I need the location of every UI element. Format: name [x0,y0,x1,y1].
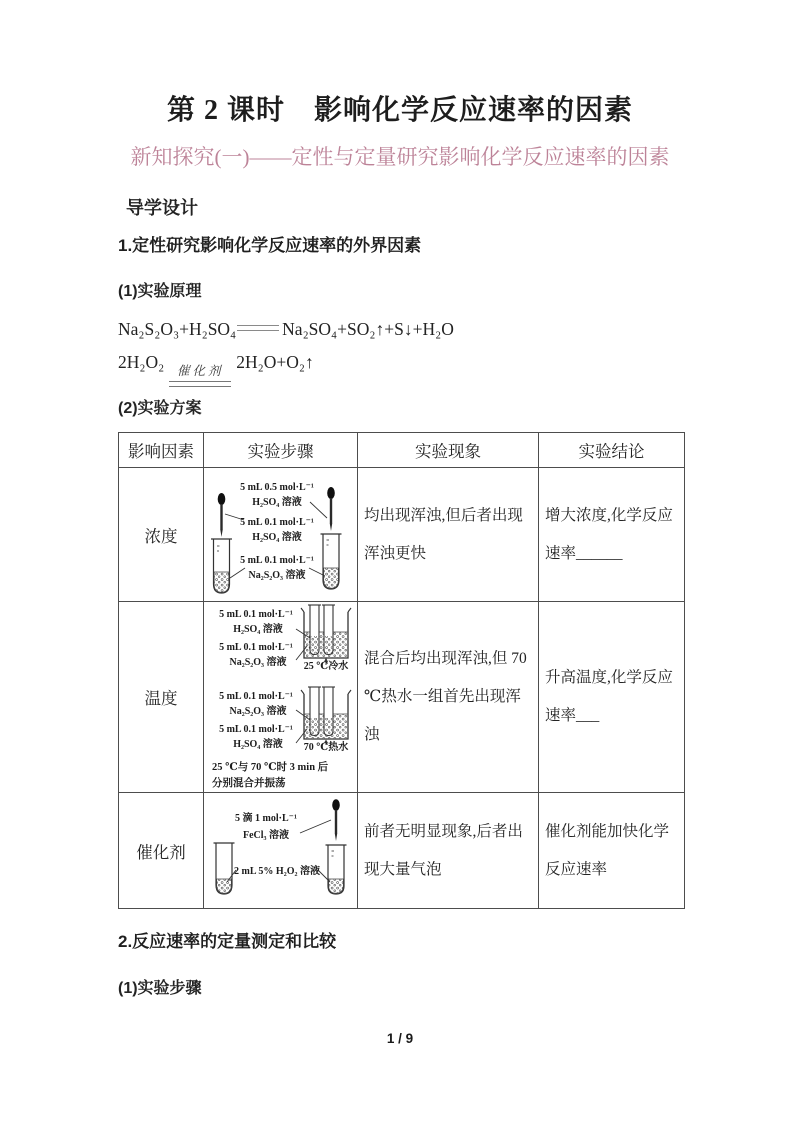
diagram-label: 5 mL 0.1 mol·L⁻¹ [219,691,293,702]
col-header-factor: 影响因素 [119,433,204,468]
diagram-label: H₂SO₄ 溶液 [233,622,283,635]
peroxide-equation: 2H₂O₂催化剂2H₂O+O₂↑ [118,352,314,387]
eq1-left: Na₂S₂O₃+H₂SO₄ [118,319,236,339]
col-header-conclusion: 实验结论 [539,433,685,468]
eq2-right: 2H₂O+O₂↑ [236,352,314,372]
experiment-plan-label: (2)实验方案 [118,395,202,418]
beaker-icon [301,687,351,745]
eq1-right: Na₂SO₄+SO₂↑+S↓+H₂O [282,319,454,339]
section-1-heading: 1.定性研究影响化学反应速率的外界因素 [118,231,421,256]
test-tube-icon [321,534,342,589]
lead-badge: 导学设计 [126,194,198,220]
diagram-label: 5 mL 0.1 mol·L⁻¹ [240,555,314,566]
dropper-icon [218,493,226,537]
test-tube-icon [211,539,232,593]
diagram-label: Na₂S₂O₃ 溶液 [229,655,286,668]
steps-cell: 5 mL 0.1 mol·L⁻¹ H₂SO₄ 溶液 5 mL 0.1 mol·L… [204,602,358,793]
conclusion-cell: 增大浓度,化学反应速率______ [539,468,685,602]
diagram-label: H₂SO₄ 溶液 [233,737,283,750]
catalyst-condition-label: 催化剂 [177,365,224,379]
col-header-steps: 实验步骤 [204,433,358,468]
diagram-note: 25 ℃与 70 ℃时 3 min 后 [212,760,329,773]
bath-label: 70 ℃热水 [304,740,348,753]
table-row-catalyst: 催化剂 [119,793,685,909]
steps-cell: 5 mL 0.5 mol·L⁻¹ H₂SO₄ 溶液 5 mL 0.1 mol·L… [204,468,358,602]
section-2-heading: 2.反应速率的定量测定和比较 [118,927,336,952]
phenomenon-cell: 前者无明显现象,后者出现大量气泡 [358,793,539,909]
reaction-condition-stack: 催化剂 [169,365,231,387]
page-title: 第 2 课时 影响化学反应速率的因素 [0,88,800,128]
phenomenon-cell: 均出现浑浊,但后者出现浑浊更快 [358,468,539,602]
factor-cell: 浓度 [119,468,204,602]
temperature-diagram: 5 mL 0.1 mol·L⁻¹ H₂SO₄ 溶液 5 mL 0.1 mol·L… [204,602,357,792]
thiosulfate-equation: Na₂S₂O₃+H₂SO₄Na₂SO₄+SO₂↑+S↓+H₂O [118,319,454,340]
table-row-concentration: 浓度 [119,468,685,602]
catalyst-diagram: 5 滴 1 mol·L⁻¹ FeCl₃ 溶液 2 mL 5% H₂O₂ 溶液 [204,793,357,908]
bath-label: 25 ℃冷水 [304,659,348,672]
diagram-note: 分别混合并振荡 [211,776,286,789]
phenomenon-cell: 混合后均出现浑浊,但 70 ℃热水一组首先出现浑浊 [358,602,539,793]
table-row-temperature: 温度 [119,602,685,793]
factor-cell: 温度 [119,602,204,793]
conclusion-cell: 催化剂能加快化学反应速率 [539,793,685,909]
test-tube-icon [214,843,235,894]
diagram-label: 5 滴 1 mol·L⁻¹ [235,811,297,824]
diagram-label: FeCl₃ 溶液 [243,828,289,841]
experiment-table: 影响因素 实验步骤 实验现象 实验结论 浓度 [118,432,685,909]
diagram-label: 5 mL 0.1 mol·L⁻¹ [240,517,314,528]
factor-cell: 催化剂 [119,793,204,909]
col-header-phenomenon: 实验现象 [358,433,539,468]
test-tube-icon [326,845,347,894]
diagram-label: H₂SO₄ 溶液 [252,495,302,508]
beaker-icon [301,605,351,665]
conclusion-cell: 升高温度,化学反应速率___ [539,602,685,793]
diagram-label: 2 mL 5% H₂O₂ 溶液 [234,864,320,877]
diagram-label: Na₂S₂O₃ 溶液 [248,568,305,581]
table-header-row: 影响因素 实验步骤 实验现象 实验结论 [119,433,685,468]
steps-cell: 5 滴 1 mol·L⁻¹ FeCl₃ 溶液 2 mL 5% H₂O₂ 溶液 [204,793,358,909]
diagram-label: Na₂S₂O₃ 溶液 [229,704,286,717]
diagram-label: 5 mL 0.1 mol·L⁻¹ [219,724,293,735]
experiment-steps-label: (1)实验步骤 [118,975,202,998]
diagram-label: 5 mL 0.1 mol·L⁻¹ [219,609,293,620]
page-subtitle: 新知探究(一)——定性与定量研究影响化学反应速率的因素 [0,141,800,171]
concentration-diagram: 5 mL 0.5 mol·L⁻¹ H₂SO₄ 溶液 5 mL 0.1 mol·L… [204,468,357,601]
equals-double-line-icon [169,381,231,387]
experiment-principle-label: (1)实验原理 [118,278,202,301]
diagram-label: 5 mL 0.1 mol·L⁻¹ [219,642,293,653]
page-number: 1 / 9 [0,1031,800,1046]
eq2-left: 2H₂O₂ [118,352,164,372]
dropper-icon [332,799,340,841]
diagram-label: H₂SO₄ 溶液 [252,530,302,543]
diagram-label: 5 mL 0.5 mol·L⁻¹ [240,482,314,493]
dropper-icon [327,487,335,531]
equals-double-line-icon [237,325,279,331]
